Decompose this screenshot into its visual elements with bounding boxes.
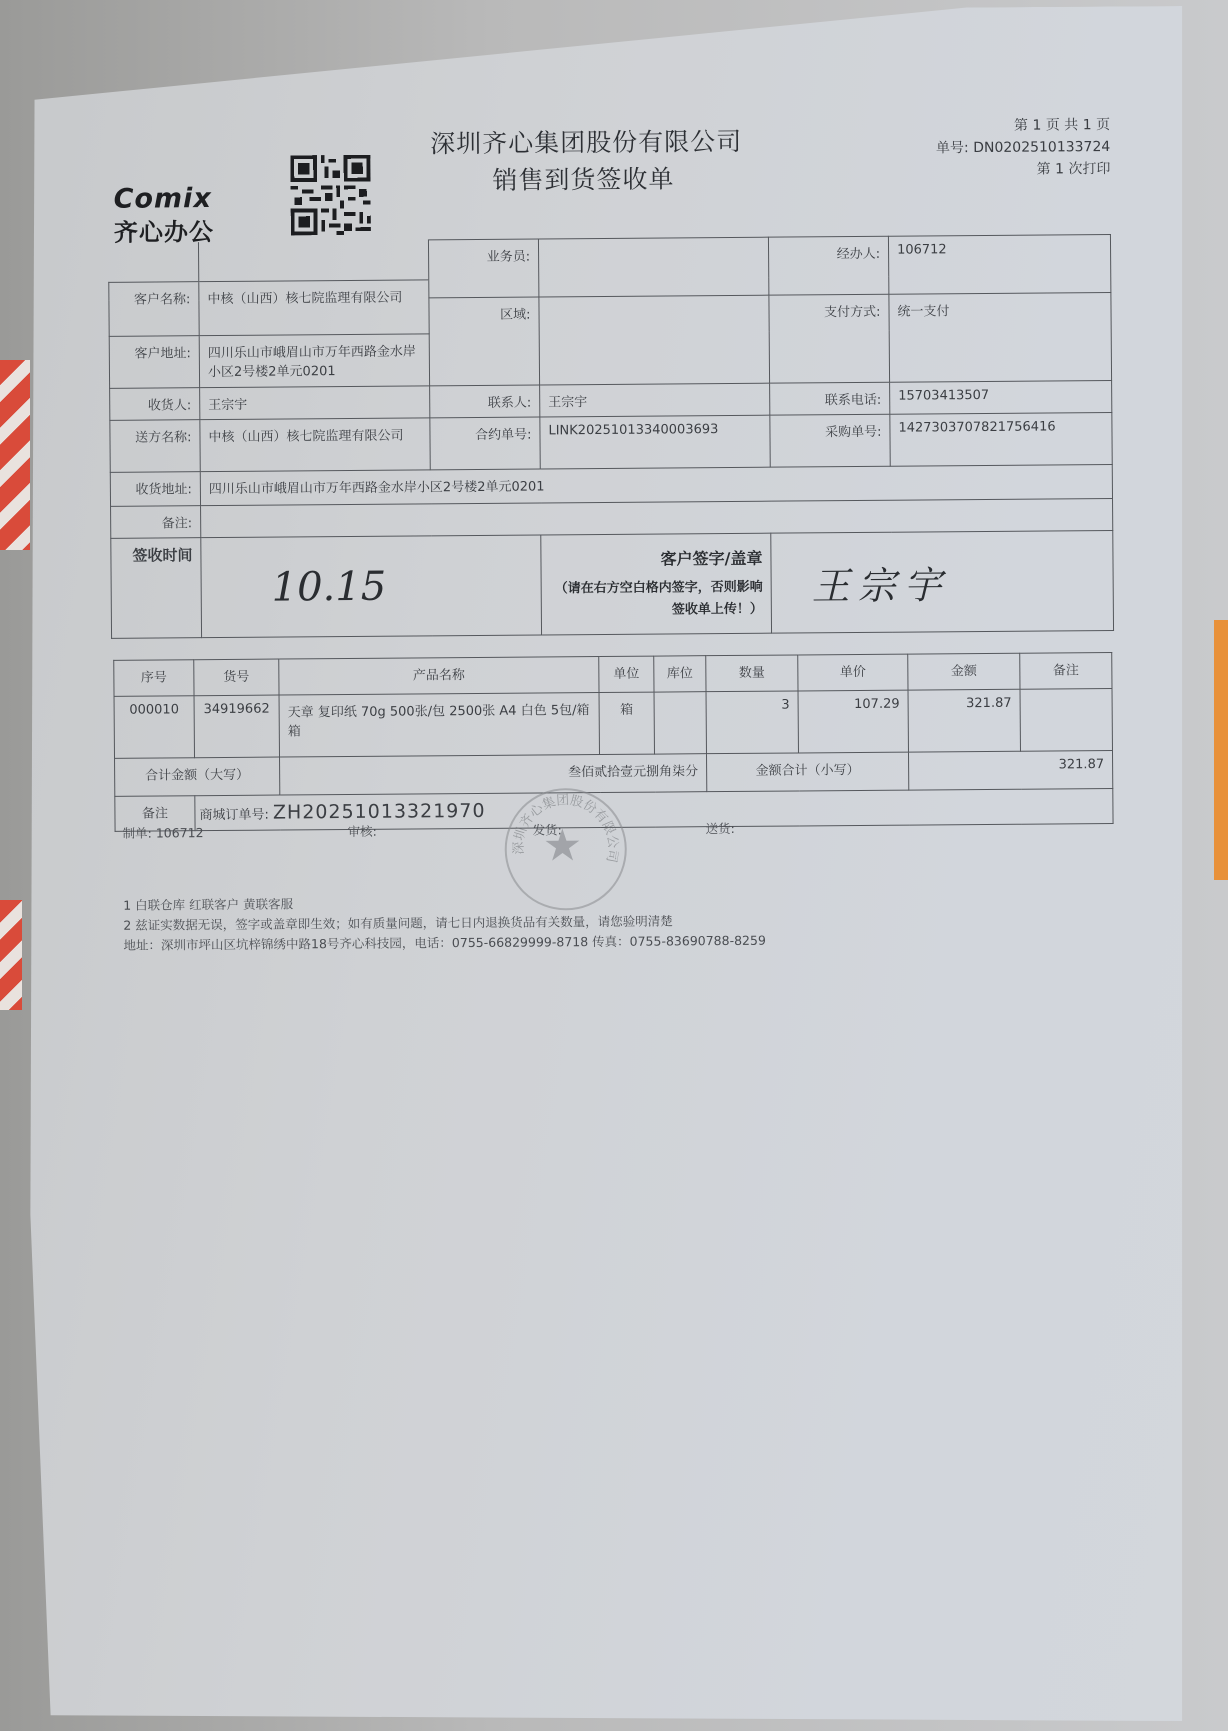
copy-distribution-note: 1 白联仓库 红联客户 黄联客服 xyxy=(123,894,293,913)
receiver-value: 王宗宇 xyxy=(200,386,430,420)
payment-value: 统一支付 xyxy=(889,292,1112,382)
salesperson-value xyxy=(538,237,768,297)
delivery-receipt: Comix 齐心办公 深圳齐心集团股份有限公司 销售到货签收单 第 1 页 共 … xyxy=(0,0,1228,1731)
total-cn-label: 合计金额（大写） xyxy=(115,757,280,796)
maker-value: 106712 xyxy=(156,825,204,840)
table-cell: 箱 xyxy=(599,692,654,754)
column-header: 序号 xyxy=(114,660,194,697)
ship-to-label: 送方名称: xyxy=(110,420,200,473)
document-title: 销售到货签收单 xyxy=(492,159,674,196)
ship-label: 发货: xyxy=(533,820,562,838)
column-header: 库位 xyxy=(654,656,706,692)
contact-value: 王宗宇 xyxy=(540,383,770,417)
phone-label: 联系电话: xyxy=(770,382,890,415)
total-cn-value: 叁佰贰拾壹元捌角柒分 xyxy=(280,754,707,795)
comix-logo: Comix 齐心办公 xyxy=(114,183,234,248)
column-header: 数量 xyxy=(706,655,798,692)
table-cell: 107.29 xyxy=(798,690,908,753)
maker-label: 制单: xyxy=(123,826,152,841)
table-cell xyxy=(654,692,706,754)
customer-address-value: 四川乐山市峨眉山市万年西路金水岸小区2号楼2单元0201 xyxy=(199,334,429,388)
salesperson-label: 业务员: xyxy=(428,239,538,298)
contract-value: LINK20251013340003693 xyxy=(540,415,770,469)
column-header: 备注 xyxy=(1020,652,1112,689)
mall-order-label: 商城订单号: xyxy=(199,808,269,824)
region-value xyxy=(539,295,770,385)
phone-value: 15703413507 xyxy=(890,380,1112,414)
table-row: 00001034919662天章 复印纸 70g 500张/包 2500张 A4… xyxy=(114,688,1112,758)
signature-instruction: （请在右方空白格内签字，否则影响签收单上传！） xyxy=(550,577,763,623)
delivery-address-label: 收货地址: xyxy=(110,472,200,507)
customer-address-label: 客户地址: xyxy=(109,336,199,389)
po-label: 采购单号: xyxy=(770,414,890,467)
qr-code-icon xyxy=(290,155,371,236)
page-info: 第 1 页 共 1 页 xyxy=(936,114,1110,137)
payment-label: 支付方式: xyxy=(769,294,890,383)
po-value: 1427303707821756416 xyxy=(890,412,1112,466)
handler-value: 106712 xyxy=(888,234,1110,294)
contract-label: 合约单号: xyxy=(430,417,540,470)
sign-time-handwritten: 10.15 xyxy=(271,563,386,610)
customer-signature: 王宗宇 xyxy=(812,563,950,608)
review-label: 审核: xyxy=(348,822,377,840)
contact-label: 联系人: xyxy=(430,385,540,418)
customer-name-label: 客户名称: xyxy=(109,282,199,337)
deliver-label: 送货: xyxy=(706,819,735,837)
customer-signature-label: 客户签字/盖章 xyxy=(549,546,762,571)
table-cell: 34919662 xyxy=(194,695,279,758)
company-title: 深圳齐心集团股份有限公司 xyxy=(430,122,742,160)
mall-order-value: ZH20251013321970 xyxy=(273,800,486,824)
document-meta: 第 1 页 共 1 页 单号: DN0202510133724 第 1 次打印 xyxy=(936,114,1111,181)
print-count: 第 1 次打印 xyxy=(936,158,1110,181)
company-seal-stamp: 深圳齐心集团股份有限公司 ★ xyxy=(504,788,627,911)
table-cell: 3 xyxy=(706,691,798,754)
table-cell xyxy=(1020,688,1112,751)
column-header: 单价 xyxy=(798,654,908,691)
order-number: 单号: DN0202510133724 xyxy=(936,136,1110,159)
column-header: 金额 xyxy=(908,653,1020,690)
region-label: 区域: xyxy=(429,297,540,386)
total-num-label: 金额合计（小写） xyxy=(706,752,908,792)
order-number-value: DN0202510133724 xyxy=(973,139,1110,156)
logo-text-en: Comix xyxy=(114,183,234,215)
customer-name-value: 中核（山西）核七院监理有限公司 xyxy=(199,280,429,336)
total-num-value: 321.87 xyxy=(908,750,1112,790)
table-cell: 000010 xyxy=(114,696,194,759)
table-cell: 天章 复印纸 70g 500张/包 2500张 A4 白色 5包/箱 箱 xyxy=(279,693,599,758)
column-header: 单位 xyxy=(599,656,654,692)
remark-label: 备注: xyxy=(111,506,201,539)
receiver-label: 收货人: xyxy=(110,388,200,421)
table-cell: 321.87 xyxy=(908,689,1020,752)
order-number-label: 单号: xyxy=(936,140,969,156)
sign-time-label: 签收时间 xyxy=(111,538,202,639)
customer-info-table: 业务员: 经办人: 106712 客户名称: 中核（山西）核七院监理有限公司 区… xyxy=(108,234,1114,639)
column-header: 货号 xyxy=(194,659,279,696)
ship-to-value: 中核（山西）核七院监理有限公司 xyxy=(200,418,430,472)
confirmation-note: 2 兹证实数据无误，签字或盖章即生效；如有质量问题，请七日内退换货品有关数量，请… xyxy=(123,911,673,933)
company-address: 地址：深圳市坪山区坑梓锦绣中路18号齐心科技园，电话：0755-66829999… xyxy=(123,931,766,954)
handler-label: 经办人: xyxy=(768,236,888,295)
column-header: 产品名称 xyxy=(279,657,599,696)
